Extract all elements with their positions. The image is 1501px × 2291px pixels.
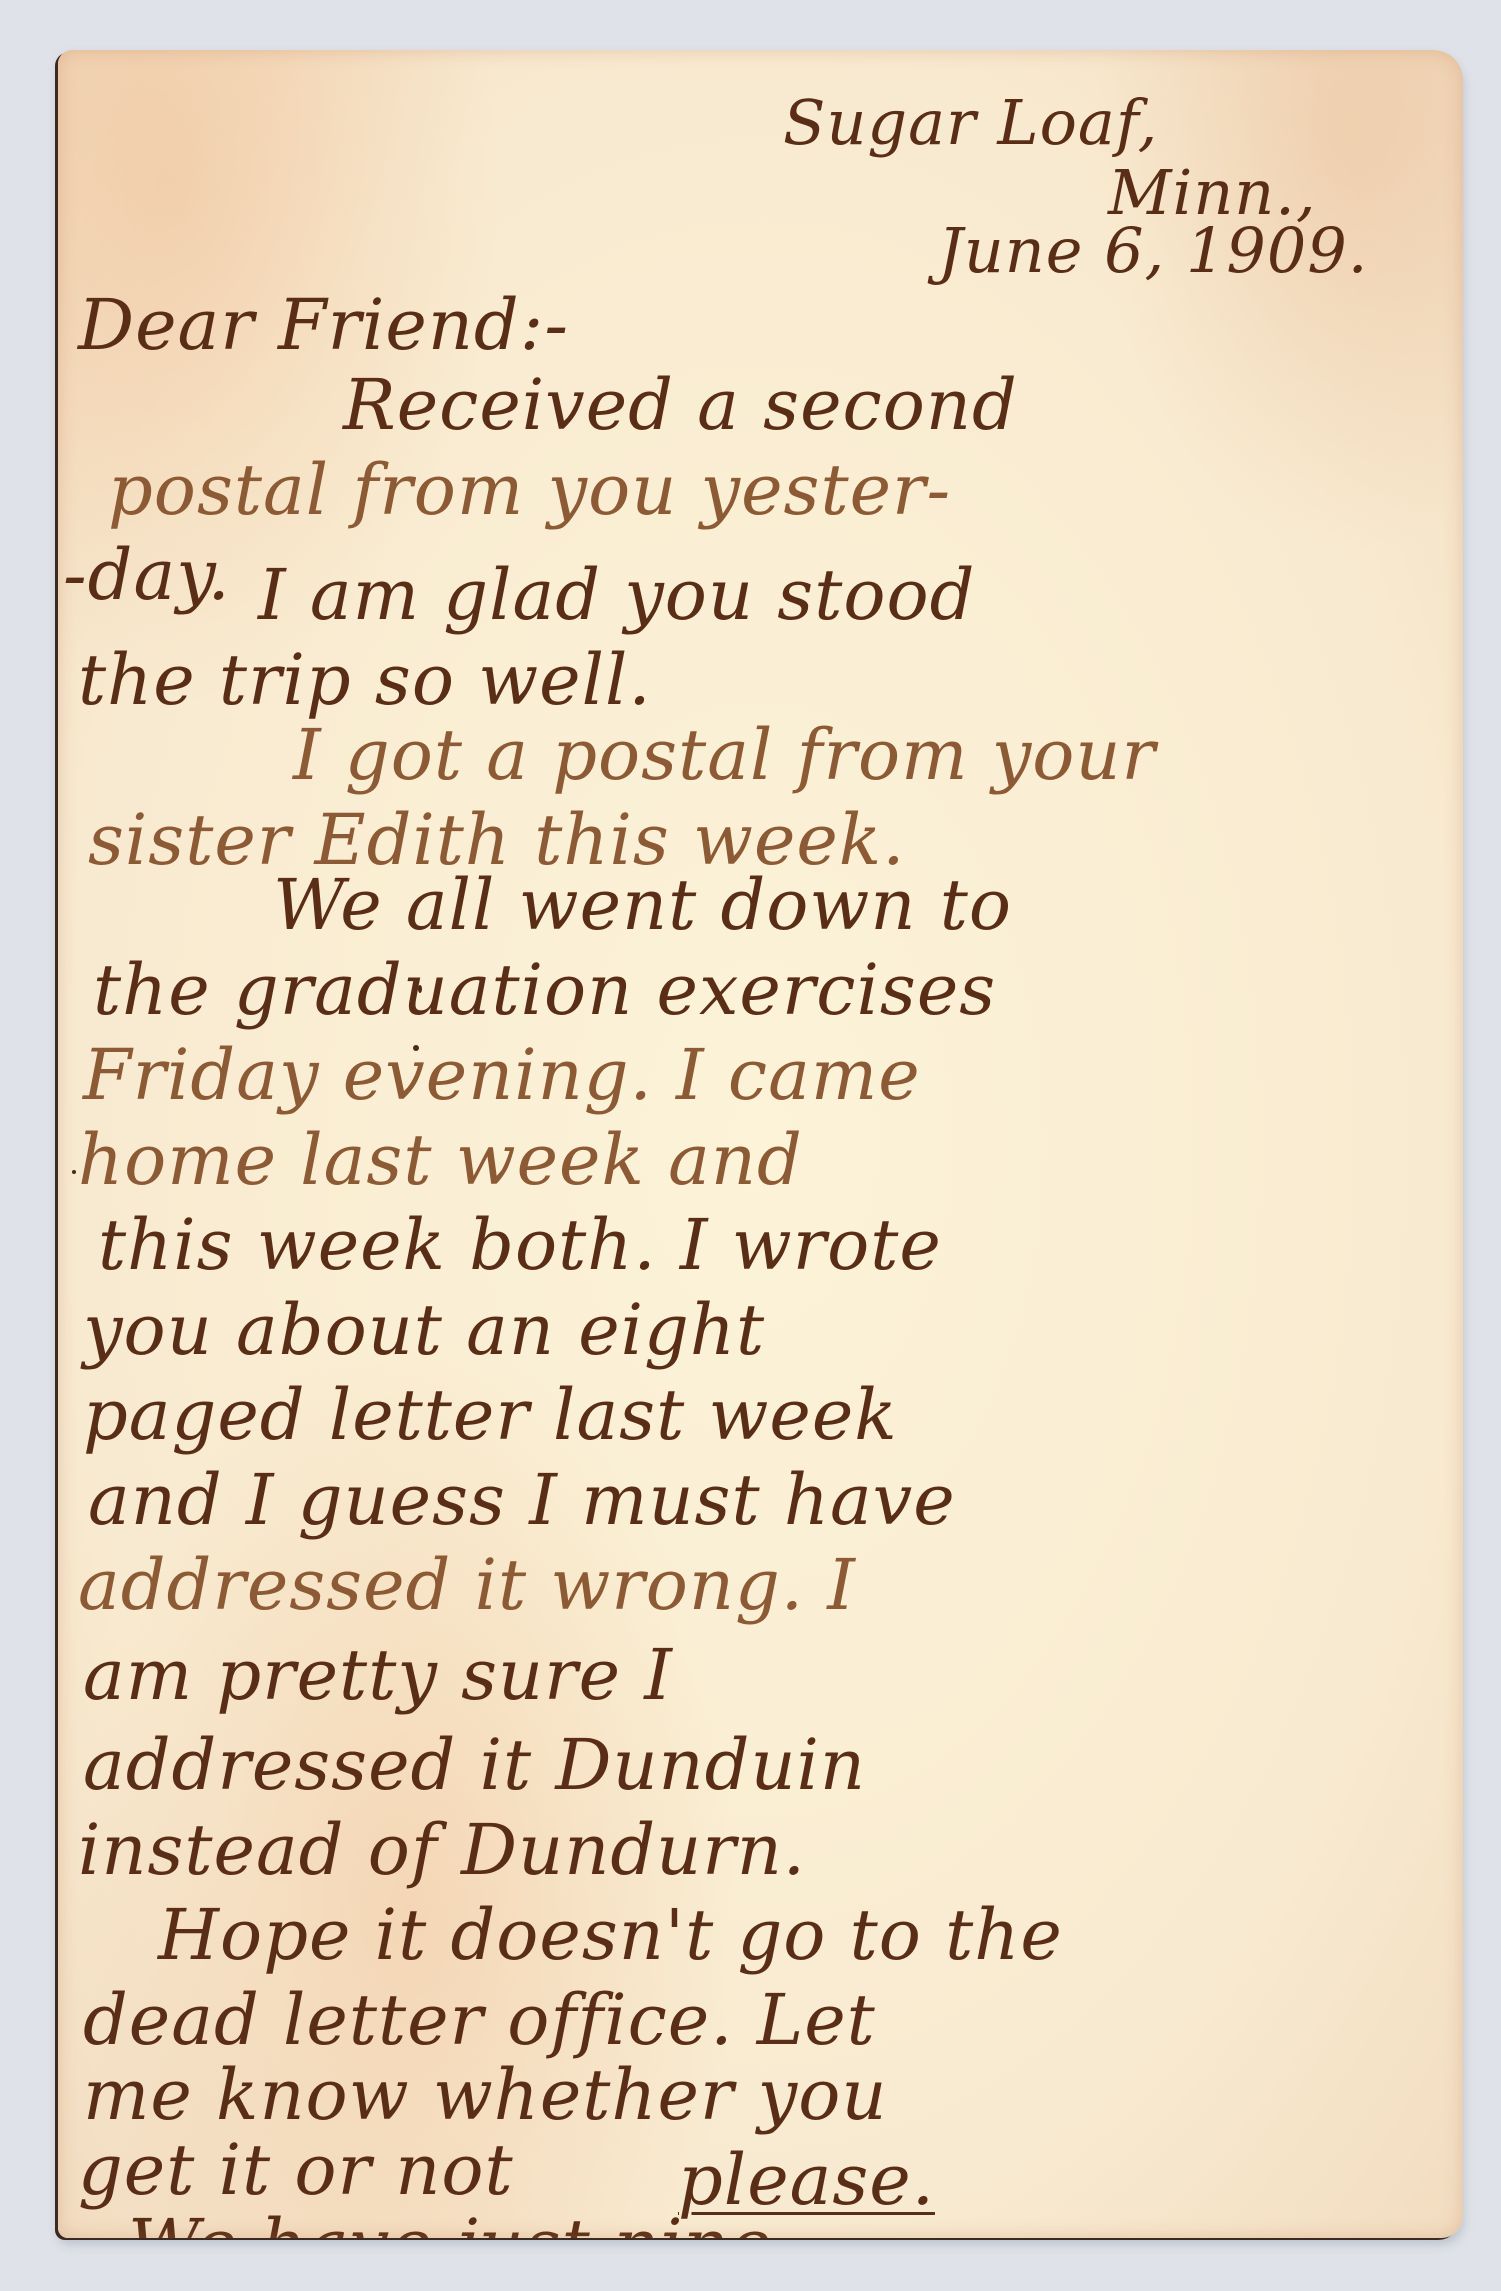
- letter-line: I got a postal from your: [293, 720, 1156, 790]
- ink-speck: [418, 985, 422, 993]
- letter-line: paged letter last week: [83, 1380, 898, 1450]
- letter-line: you about an eight: [83, 1295, 765, 1365]
- postcard: Sugar Loaf, Minn., June 6, 1909. Dear Fr…: [58, 50, 1463, 2238]
- letter-line: postal from you yester-: [108, 455, 951, 525]
- letter-line: the trip so well.: [78, 645, 652, 715]
- ink-speck: [72, 1170, 76, 1174]
- letter-line: Hope it doesn't go to the: [158, 1900, 1063, 1970]
- letter-line: get it or not: [78, 2135, 514, 2205]
- letter-line: instead of Dundurn.: [78, 1815, 806, 1885]
- letter-line: the graduation exercises: [93, 955, 996, 1025]
- letter-line: home last week and: [78, 1125, 803, 1195]
- heading-date: June 6, 1909.: [938, 220, 1368, 282]
- letter-line: this week both. I wrote: [98, 1210, 942, 1280]
- ink-speck: [413, 1045, 419, 1051]
- letter-line: addressed it wrong. I: [78, 1550, 856, 1620]
- letter-line: Friday evening. I came: [83, 1040, 921, 1110]
- letter-line: I am glad you stood: [258, 560, 975, 630]
- letter-line: -day.: [63, 540, 231, 610]
- letter-line: am pretty sure I: [83, 1640, 673, 1710]
- letter-line: addressed it Dunduin: [83, 1730, 866, 1800]
- letter-line-cutoff: We have just nine: [128, 2210, 772, 2238]
- heading-place: Sugar Loaf,: [783, 92, 1158, 154]
- letter-line: We all went down to: [273, 870, 1012, 940]
- letter-line: dead letter office. Let: [83, 1985, 876, 2055]
- letter-line: and I guess I must have: [88, 1465, 956, 1535]
- salutation: Dear Friend:-: [78, 290, 569, 360]
- letter-line: me know whether you: [83, 2060, 887, 2130]
- letter-line: Received a second: [343, 370, 1018, 440]
